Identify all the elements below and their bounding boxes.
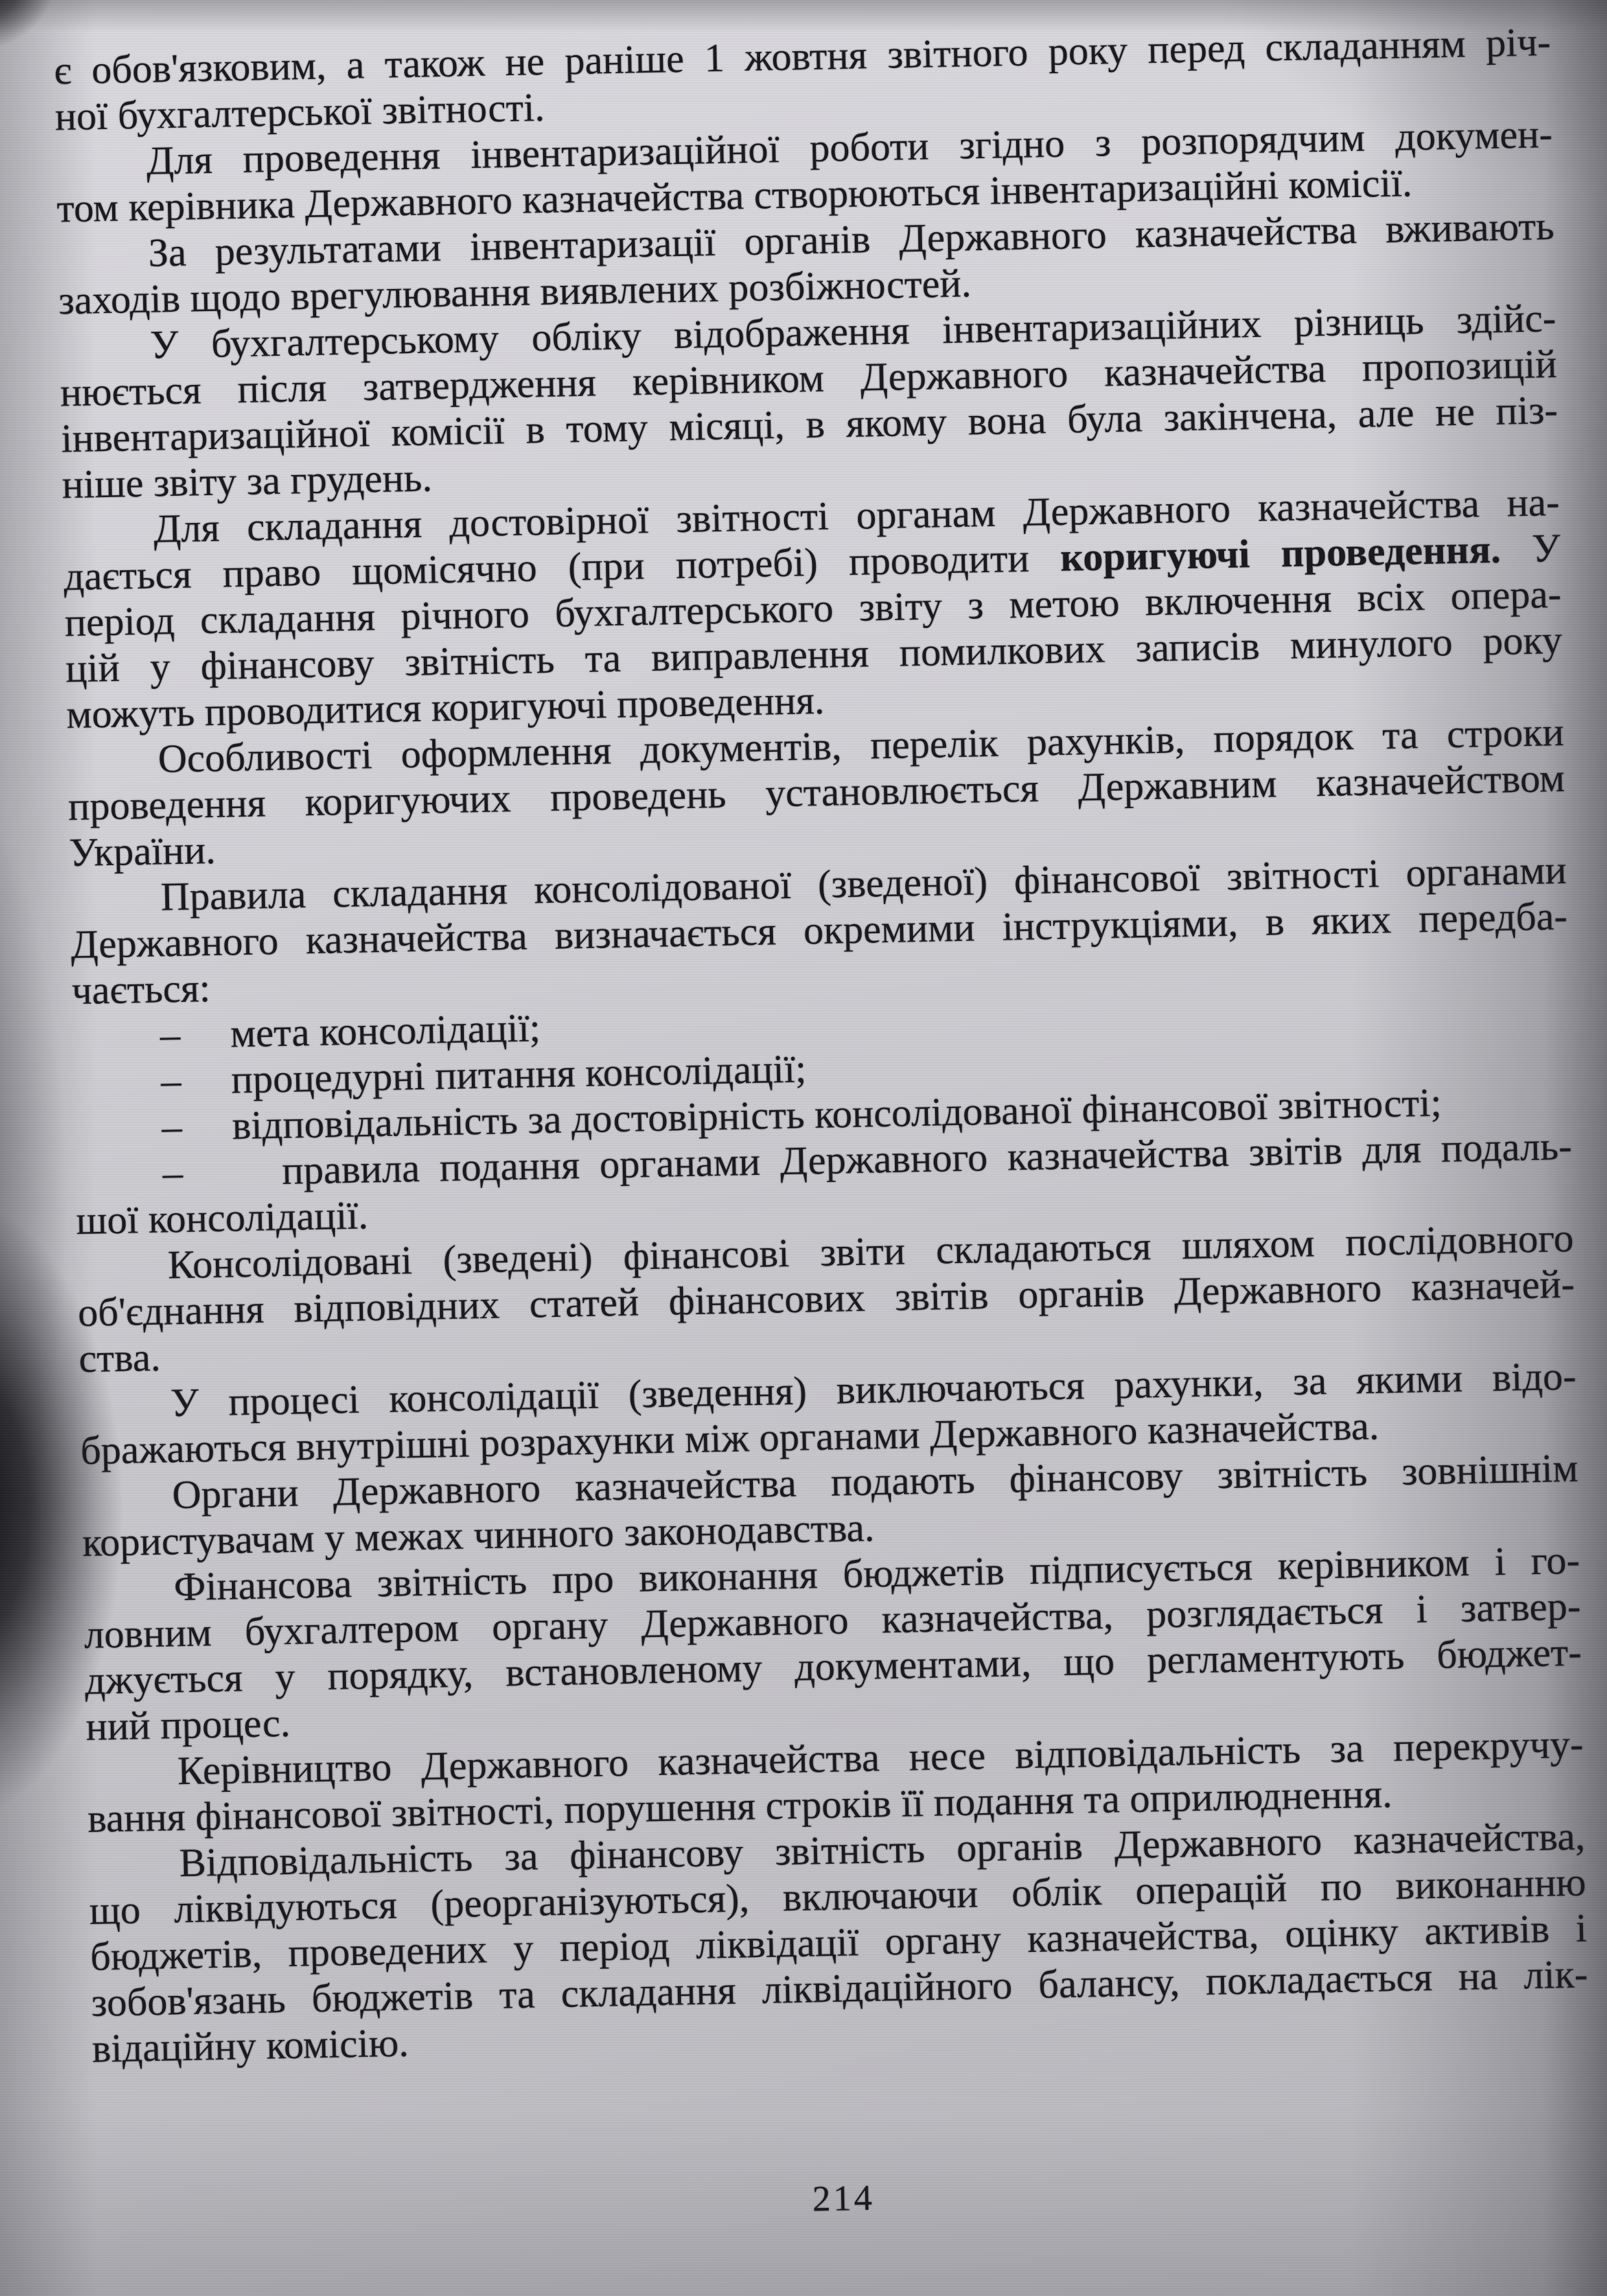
- book-page-photo: є обов'язковим, а також не раніше 1 жовт…: [0, 0, 1607, 2296]
- bold-text-segment: коригуючі проведення.: [1060, 528, 1501, 580]
- page-text: є обов'язковим, а також не раніше 1 жовт…: [54, 19, 1592, 2236]
- page-number: 214: [95, 2162, 1592, 2236]
- text-segment: У: [1500, 526, 1560, 572]
